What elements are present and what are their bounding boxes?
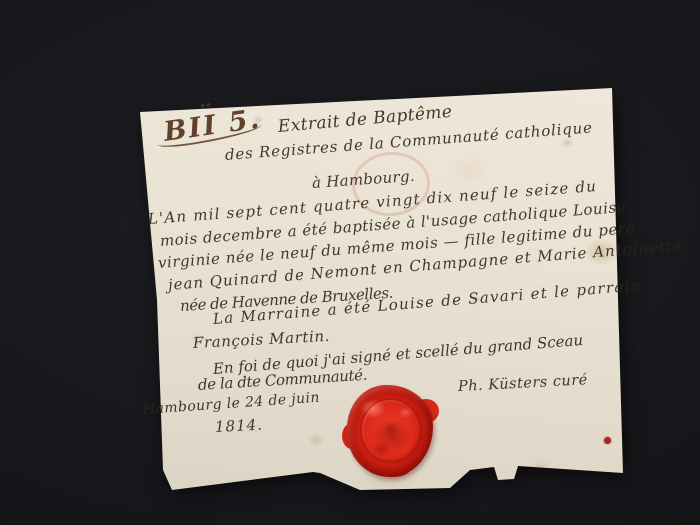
photo-background: BII 5. Extrait de Baptême des Registres …: [0, 0, 700, 525]
dateline-year: 1814.: [215, 416, 264, 436]
red-dot-mark: [604, 437, 611, 444]
red-wax-seal: [347, 385, 433, 477]
seal-emboss-ring: [360, 398, 421, 462]
